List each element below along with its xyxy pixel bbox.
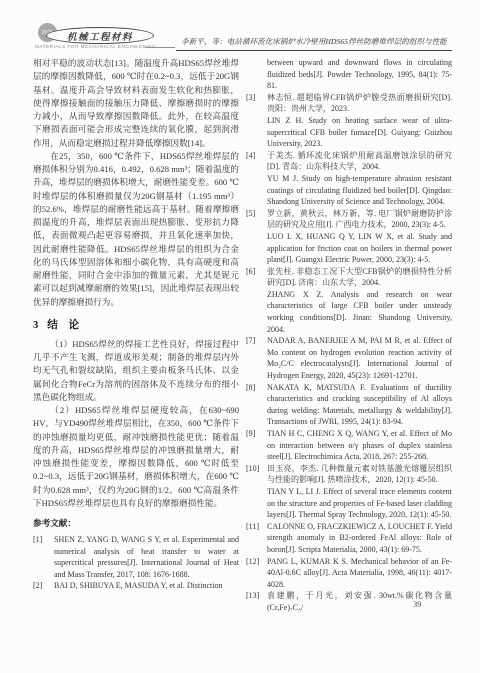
reference-text-en: LIN Z H. Study on heating surface wear o…	[267, 115, 452, 150]
references-heading: 参考文献：	[33, 517, 239, 529]
reference-text: between upward and downward flows in cir…	[267, 57, 452, 92]
reference-text-cn: 于美杰. 循环流化床锅炉用耐高温磨蚀涂层的研究[D]. 青岛：山东科技大学，20…	[267, 150, 452, 173]
reference-number: [6]	[246, 266, 267, 336]
reference-item: [8] NAKATA K, MATSUDA F. Evaluations of …	[246, 382, 452, 428]
reference-number: [5]	[246, 208, 267, 266]
header-rule	[145, 47, 175, 48]
journal-logo: 2025 机械工程材料 MATERIALS FOR MECHANICAL ENG…	[33, 25, 173, 53]
reference-number: [3]	[246, 92, 267, 150]
body-paragraph-wear-volume: 在25，350，600 ℃条件下，HDS65焊丝堆焊层的磨损体积分别为0.416…	[33, 150, 239, 309]
reference-item: [6] 张先柱. 非稳态工况下大型CFB锅炉的磨损特性分析研究[D]. 济南：山…	[246, 266, 452, 336]
reference-number: [4]	[246, 150, 267, 208]
reference-item: [5] 罗立新，黄秋云，林万新，等. 电厂锅炉耐磨防护涂层的研究及应用[J]. …	[246, 208, 452, 266]
page-header: 2025 机械工程材料 MATERIALS FOR MECHANICAL ENG…	[33, 25, 452, 55]
conclusion-paragraph-2: （2）HDS65焊丝堆焊层硬度较高，在630~690 HV，与YD490焊丝堆焊…	[33, 404, 239, 510]
section-number: 3	[33, 320, 38, 331]
page-number: 39	[413, 600, 421, 609]
reference-item: [10] 田玉亮，李杰. 几种微量元素对铁基激光熔覆层组织与性能的影响[J]. …	[246, 463, 452, 521]
reference-number: [12]	[246, 556, 267, 591]
reference-item: [7] NADAR A, BANERJEE A M, PAI M R, et a…	[246, 335, 452, 381]
reference-text-cn: 林志恒. 超超临界CFB锅炉炉膛受热面磨损研究[D]. 贵阳：贵州大学，2023…	[267, 92, 452, 115]
reference-number: [1]	[33, 534, 54, 580]
reference-text: PANG L, KUMAR K S. Mechanical behavior o…	[267, 556, 452, 591]
reference-item: [12] PANG L, KUMAR K S. Mechanical behav…	[246, 556, 452, 591]
right-column: between upward and downward flows in cir…	[246, 57, 452, 614]
reference-number-empty	[246, 57, 267, 92]
reference-text: SHEN Z, YANG D, WANG S Y, et al. Experim…	[54, 534, 239, 580]
section-title: 结 论	[47, 317, 79, 332]
journal-name-cn: 机械工程材料	[46, 27, 154, 44]
reference-continuation: between upward and downward flows in cir…	[246, 57, 452, 92]
conclusion-paragraph-1: （1）HDS65焊丝的焊接工艺性良好，焊接过程中几乎不产生飞溅，焊道成形美观；制…	[33, 338, 239, 404]
section-heading-conclusion: 3 结 论	[33, 317, 239, 332]
reference-number: [9]	[246, 428, 267, 463]
reference-text-en: ZHANG X Z. Analysis and research on wear…	[267, 289, 452, 335]
reference-item: [2] BAI D, SHIBUYA E, MASUDA Y, et al. D…	[33, 580, 239, 592]
reference-text: BAI D, SHIBUYA E, MASUDA Y, et al. Disti…	[54, 580, 239, 592]
journal-page: 2025 机械工程材料 MATERIALS FOR MECHANICAL ENG…	[0, 0, 480, 673]
left-column: 相对平稳的波动状态[13]。随温度升高HDS65焊丝堆焊层的摩擦因数降低，600…	[33, 57, 239, 592]
reference-text: NAKATA K, MATSUDA F. Evaluations of duct…	[267, 382, 452, 428]
reference-text-cn: 田玉亮，李杰. 几种微量元素对铁基激光熔覆层组织与性能的影响[J]. 热喷涂技术…	[267, 463, 452, 486]
reference-text: NADAR A, BANERJEE A M, PAI M R, et al. E…	[267, 335, 452, 381]
reference-text-en: TIAN Y L, LI J. Effect of several trace …	[267, 486, 452, 521]
journal-name-en: MATERIALS FOR MECHANICAL ENGINEERING	[35, 44, 156, 49]
reference-text-cn: 罗立新，黄秋云，林万新，等. 电厂锅炉耐磨防护涂层的研究及应用[J]. 广西电力…	[267, 208, 452, 231]
reference-text: CALONNE O, FRACZKIEWICZ A, LOUCHET F. Yi…	[267, 521, 452, 556]
reference-item: [1] SHEN Z, YANG D, WANG S Y, et al. Exp…	[33, 534, 239, 580]
reference-text: TIAN H C, CHENG X Q, WANG Y, et al. Effe…	[267, 428, 452, 463]
reference-number: [10]	[246, 463, 267, 521]
running-title: 李新平，等：电站循环流化床锅炉水冷壁用HDS65焊丝防磨堆焊层的组织与性能	[176, 36, 452, 51]
reference-text-en: YU M J. Study on high-temperature abrasi…	[267, 173, 452, 208]
reference-number: [8]	[246, 382, 267, 428]
reference-number: [13]	[246, 590, 267, 613]
reference-text-cn: 张先柱. 非稳态工况下大型CFB锅炉的磨损特性分析研究[D]. 济南：山东大学，…	[267, 266, 452, 289]
reference-number: [11]	[246, 521, 267, 556]
reference-text-cn: 袁建鹏，于月光，刘安强. 30wt.%碳化物含量(Cr,Fe)₇C₃/	[267, 590, 452, 613]
body-paragraph-friction: 相对平稳的波动状态[13]。随温度升高HDS65焊丝堆焊层的摩擦因数降低，600…	[33, 57, 239, 150]
reference-item: [3] 林志恒. 超超临界CFB锅炉炉膛受热面磨损研究[D]. 贵阳：贵州大学，…	[246, 92, 452, 150]
reference-text-en: LUO L X, HUANG Q Y, LIN W X, et al. Stud…	[267, 231, 452, 266]
reference-number: [7]	[246, 335, 267, 381]
reference-item: [4] 于美杰. 循环流化床锅炉用耐高温磨蚀涂层的研究[D]. 青岛：山东科技大…	[246, 150, 452, 208]
reference-number: [2]	[33, 580, 54, 592]
reference-item: [11] CALONNE O, FRACZKIEWICZ A, LOUCHET …	[246, 521, 452, 556]
reference-item: [9] TIAN H C, CHENG X Q, WANG Y, et al. …	[246, 428, 452, 463]
